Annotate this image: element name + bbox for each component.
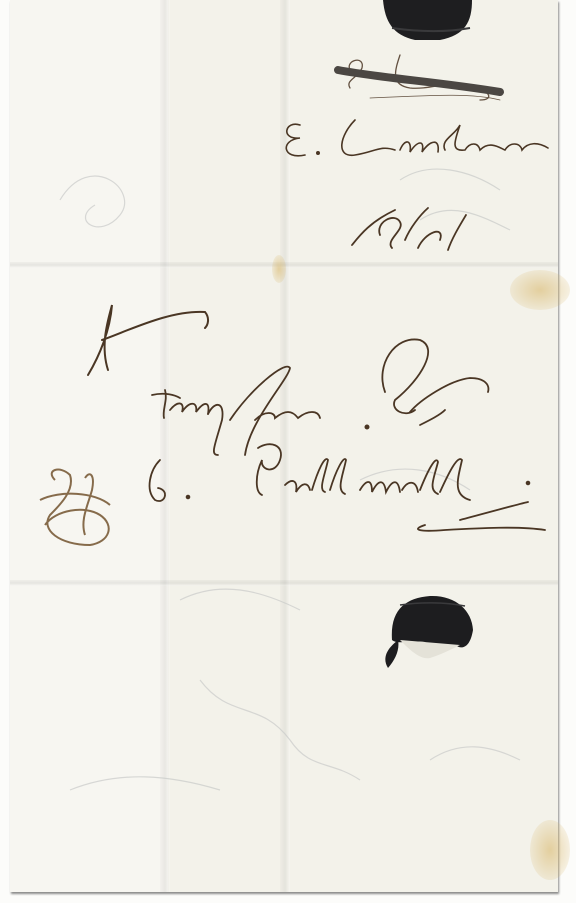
wax-seal-bottom	[385, 596, 473, 668]
street	[150, 444, 545, 531]
recipient	[152, 339, 488, 455]
struck-name	[338, 55, 500, 100]
wax-seal-top	[383, 0, 472, 40]
address-prefix	[88, 305, 208, 375]
year	[352, 208, 466, 250]
handwriting-layer	[0, 0, 576, 903]
sender-name	[286, 120, 548, 156]
monogram	[40, 470, 110, 545]
